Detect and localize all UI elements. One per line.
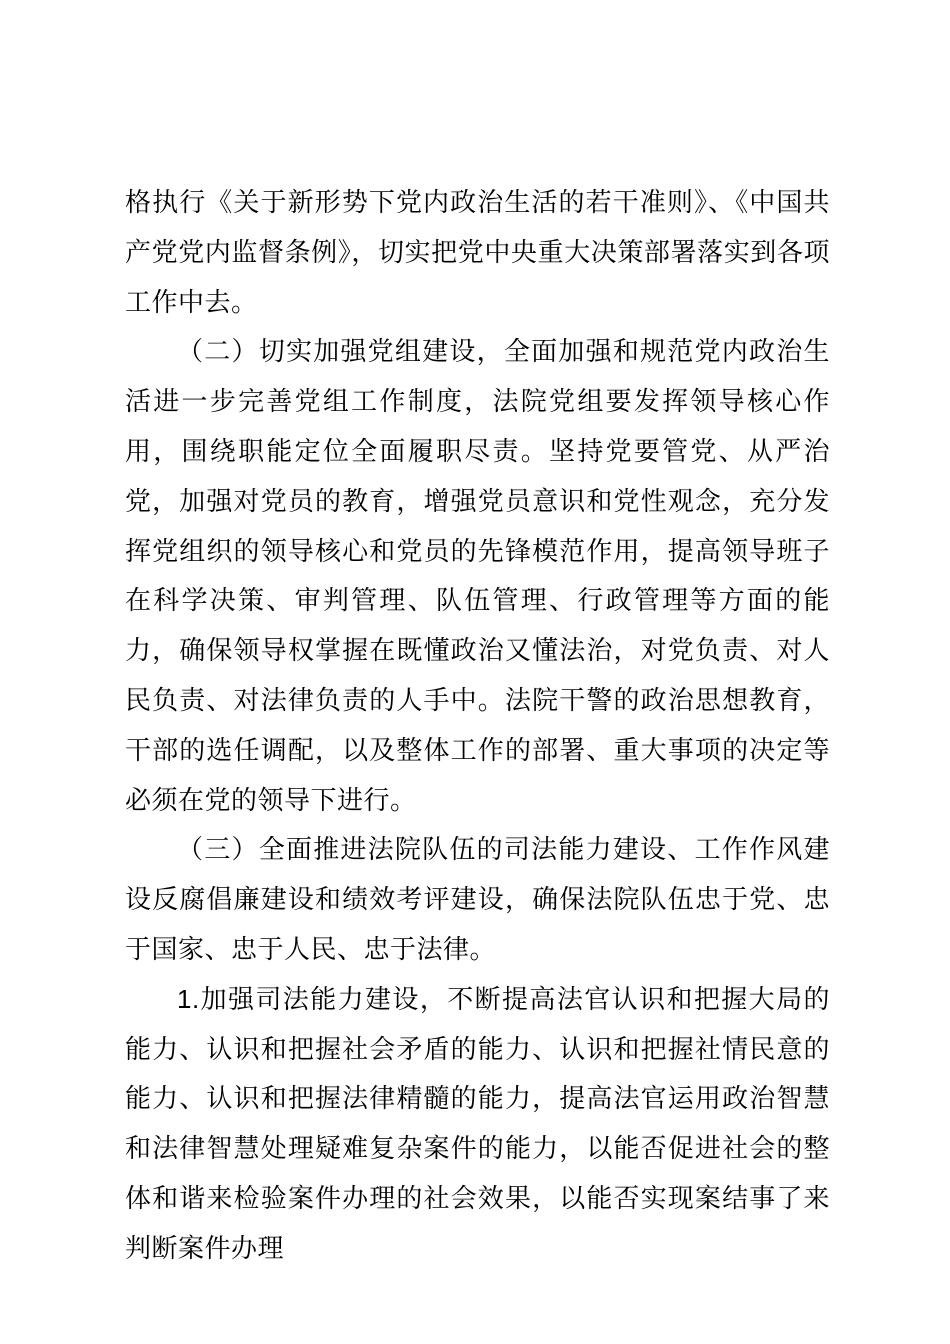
- document-body: 格执行《关于新形势下党内政治生活的若干准则》、《中国共产党党内监督条例》，切实把…: [125, 178, 830, 1274]
- paragraph-item-1: 1.加强司法能力建设，不断提高法官认识和把握大局的能力、认识和把握社会矛盾的能力…: [125, 975, 830, 1274]
- document-page: 格执行《关于新形势下党内政治生活的若干准则》、《中国共产党党内监督条例》，切实把…: [0, 0, 950, 1344]
- paragraph-continuation: 格执行《关于新形势下党内政治生活的若干准则》、《中国共产党党内监督条例》，切实把…: [125, 178, 830, 327]
- paragraph-section-3: （三）全面推进法院队伍的司法能力建设、工作作风建设反腐倡廉建设和绩效考评建设，确…: [125, 825, 830, 974]
- paragraph-section-2: （二）切实加强党组建设，全面加强和规范党内政治生活进一步完善党组工作制度，法院党…: [125, 327, 830, 825]
